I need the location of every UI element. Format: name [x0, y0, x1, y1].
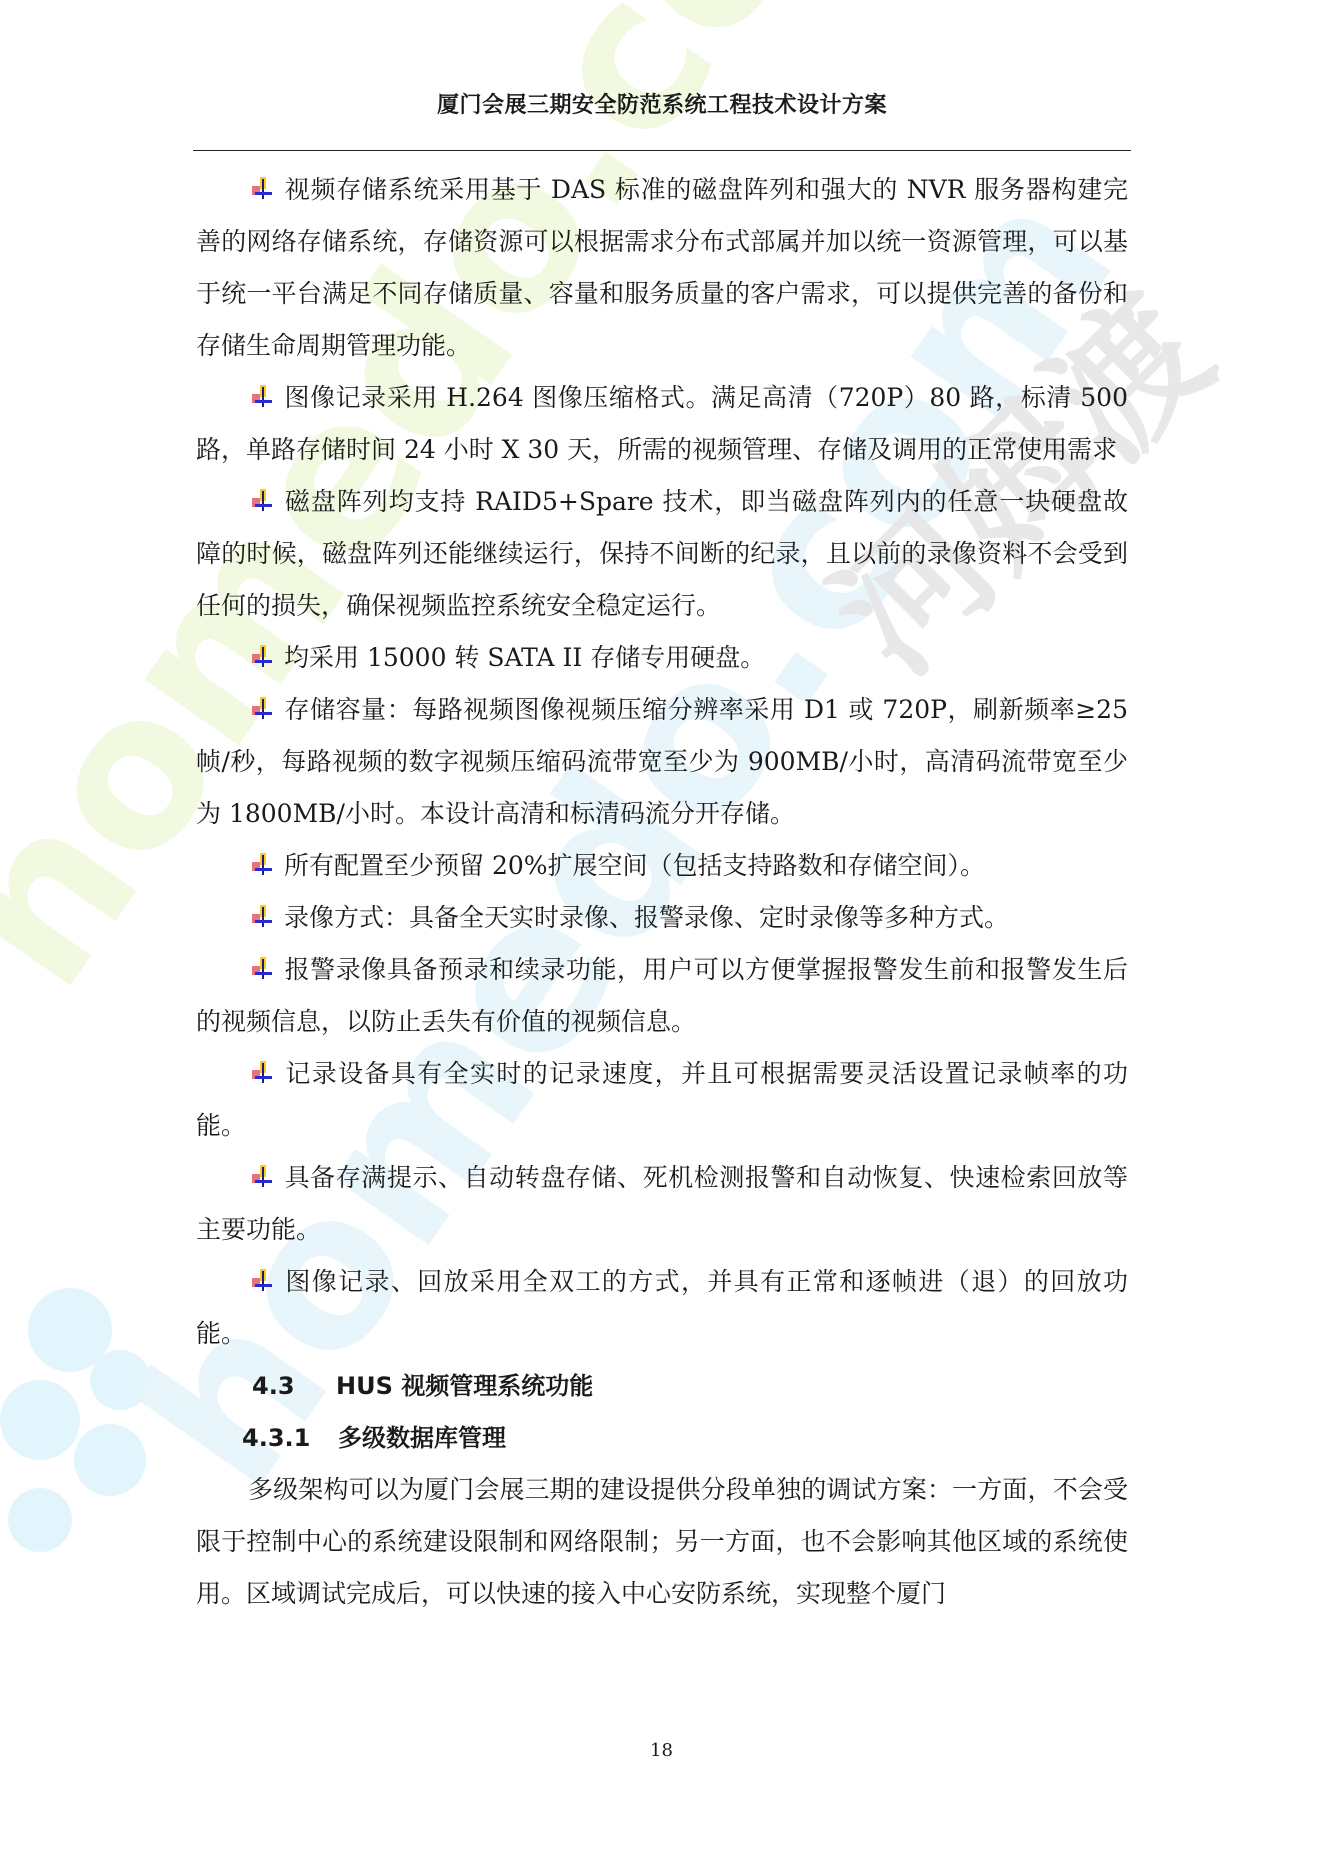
page-header-title: 厦门会展三期安全防范系统工程技术设计方案	[193, 88, 1131, 119]
bullet-paragraph: 图像记录、回放采用全双工的方式，并具有正常和逐帧进（退）的回放功能。	[196, 1256, 1128, 1360]
down-arrow-cross-bullet-icon	[252, 645, 274, 669]
bullet-text: 均采用 15000 转 SATA II 存储专用硬盘。	[284, 643, 765, 672]
bullet-paragraph: 具备存满提示、自动转盘存储、死机检测报警和自动恢复、快速检索回放等主要功能。	[196, 1152, 1128, 1256]
down-arrow-cross-bullet-icon	[252, 385, 274, 409]
down-arrow-cross-bullet-icon	[252, 1061, 274, 1085]
bullet-text: 图像记录、回放采用全双工的方式，并具有正常和逐帧进（退）的回放功能。	[196, 1267, 1128, 1348]
bullet-text: 具备存满提示、自动转盘存储、死机检测报警和自动恢复、快速检索回放等主要功能。	[196, 1163, 1128, 1244]
section-number: 4.3	[252, 1360, 336, 1412]
down-arrow-cross-bullet-icon	[252, 957, 274, 981]
bullet-paragraph: 录像方式：具备全天实时录像、报警录像、定时录像等多种方式。	[196, 892, 1128, 944]
bullet-paragraph: 视频存储系统采用基于 DAS 标准的磁盘阵列和强大的 NVR 服务器构建完善的网…	[196, 164, 1128, 372]
bullet-text: 视频存储系统采用基于 DAS 标准的磁盘阵列和强大的 NVR 服务器构建完善的网…	[196, 175, 1128, 360]
bullet-text: 所有配置至少预留 20%扩展空间（包括支持路数和存储空间）。	[284, 851, 985, 880]
section-title: HUS 视频管理系统功能	[336, 1372, 593, 1400]
section-title: 多级数据库管理	[338, 1424, 506, 1452]
bullet-paragraph: 存储容量：每路视频图像视频压缩分辨率采用 D1 或 720P，刷新频率≥25 帧…	[196, 684, 1128, 840]
section-number: 4.3.1	[242, 1412, 338, 1464]
bullet-paragraph: 记录设备具有全实时的记录速度，并且可根据需要灵活设置记录帧率的功能。	[196, 1048, 1128, 1152]
section-heading-4-3-1: 4.3.1多级数据库管理	[196, 1412, 1128, 1464]
down-arrow-cross-bullet-icon	[252, 853, 274, 877]
page-number: 18	[0, 1740, 1323, 1761]
down-arrow-cross-bullet-icon	[252, 1165, 274, 1189]
bullet-paragraph: 所有配置至少预留 20%扩展空间（包括支持路数和存储空间）。	[196, 840, 1128, 892]
bullet-paragraph: 报警录像具备预录和续录功能，用户可以方便掌握报警发生前和报警发生后的视频信息，以…	[196, 944, 1128, 1048]
bullet-paragraph: 均采用 15000 转 SATA II 存储专用硬盘。	[196, 632, 1128, 684]
down-arrow-cross-bullet-icon	[252, 1269, 274, 1293]
body-paragraph: 多级架构可以为厦门会展三期的建设提供分段单独的调试方案：一方面，不会受限于控制中…	[196, 1464, 1128, 1620]
down-arrow-cross-bullet-icon	[252, 905, 274, 929]
down-arrow-cross-bullet-icon	[252, 177, 274, 201]
section-heading-4-3: 4.3HUS 视频管理系统功能	[196, 1360, 1128, 1412]
bullet-text: 磁盘阵列均支持 RAID5+Spare 技术，即当磁盘阵列内的任意一块硬盘故障的…	[196, 487, 1128, 620]
bullet-text: 图像记录采用 H.264 图像压缩格式。满足高清（720P）80 路，标清 50…	[196, 383, 1128, 464]
bullet-text: 存储容量：每路视频图像视频压缩分辨率采用 D1 或 720P，刷新频率≥25 帧…	[196, 695, 1128, 828]
bullet-text: 报警录像具备预录和续录功能，用户可以方便掌握报警发生前和报警发生后的视频信息，以…	[196, 955, 1128, 1036]
bullet-paragraph: 磁盘阵列均支持 RAID5+Spare 技术，即当磁盘阵列内的任意一块硬盘故障的…	[196, 476, 1128, 632]
document-body: 视频存储系统采用基于 DAS 标准的磁盘阵列和强大的 NVR 服务器构建完善的网…	[196, 164, 1128, 1620]
bullet-text: 录像方式：具备全天实时录像、报警录像、定时录像等多种方式。	[284, 903, 1009, 932]
header-divider	[193, 150, 1131, 151]
watermark-logo-flower-icon	[0, 1288, 150, 1552]
bullet-paragraph: 图像记录采用 H.264 图像压缩格式。满足高清（720P）80 路，标清 50…	[196, 372, 1128, 476]
down-arrow-cross-bullet-icon	[252, 489, 274, 513]
down-arrow-cross-bullet-icon	[252, 697, 274, 721]
bullet-text: 记录设备具有全实时的记录速度，并且可根据需要灵活设置记录帧率的功能。	[196, 1059, 1128, 1140]
